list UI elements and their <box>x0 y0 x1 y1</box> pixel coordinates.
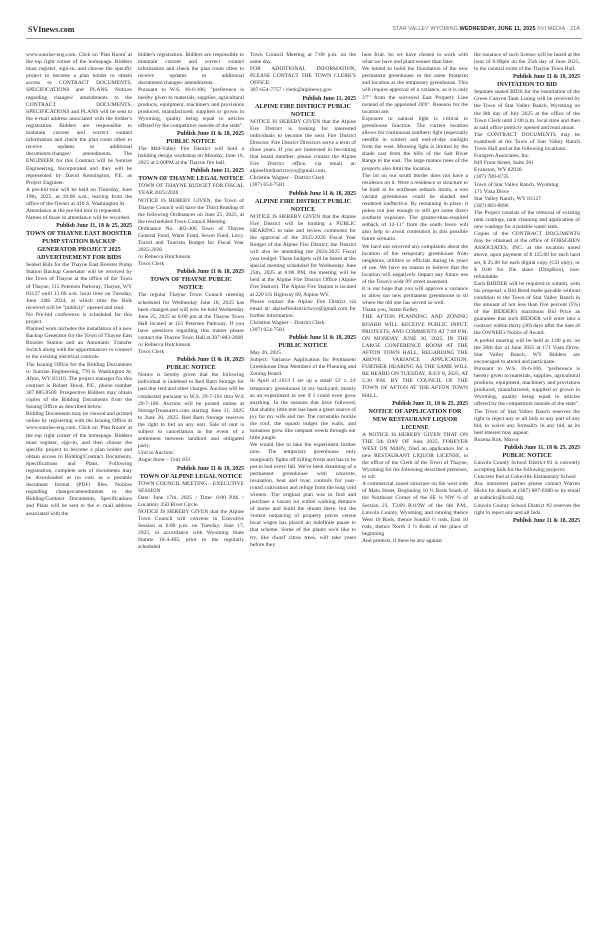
notice-text: Christine Wagner – District Clerk <box>250 320 356 327</box>
notice-text: Separate sealed BIDS for the installatio… <box>474 89 580 132</box>
notice-text: bear fruit. So we have chosen to work wi… <box>362 52 468 66</box>
notice-text: And protests, if there be any against <box>362 538 468 545</box>
notice-text: Town Clerk <box>138 349 244 356</box>
paper-name: STAR VALLEY WYOMING <box>392 26 458 32</box>
notice-heading: NOTICE OF APPLICATION FOR NEW RESTAURANT… <box>362 408 468 432</box>
notice-text: Names of those in attendance will be rec… <box>26 215 132 222</box>
site-name: SVInews.com <box>28 25 74 34</box>
notice-heading: ALPINE FIRE DISTRICT PUBLIC NOTICE <box>250 103 356 119</box>
notice-text: Bidding Documents may be viewed and prin… <box>26 411 132 517</box>
notice-text: Concrete Pad at Cokeville Elementary Sch… <box>474 474 580 481</box>
publish-line: Publish June 11 & 18, 2025 <box>250 334 356 342</box>
column-1: www.sunrise-eng.com. Click on 'Plan Room… <box>26 52 132 551</box>
notice-text: Town Council Meeting at 7:00 p.m. on the… <box>250 52 356 66</box>
notice-text: The lot on our south border does not hav… <box>362 173 468 244</box>
notice-text: Ruzena Rok, Mayor <box>474 437 580 444</box>
notice-text: (307) 654-7581 <box>250 327 356 334</box>
notice-text: Any interested parties please contact Wa… <box>474 481 580 502</box>
notice-text: NOTICE IS HEREBY GIVEN that the Alpine T… <box>138 509 244 552</box>
notice-text: The Town of Star Valley Ranch reserves t… <box>474 409 580 437</box>
notice-text: Date: June 17th, 2025 / Time: 6:00 P.M. … <box>138 495 244 509</box>
notice-heading: PUBLIC NOTICE <box>138 138 244 146</box>
notice-heading: ALPINE FIRE DISTRICT PUBLIC NOTICE <box>250 198 356 214</box>
notice-text: We intend to build the foundation of the… <box>362 66 468 116</box>
notice-text: Subject: Variance Application for Perman… <box>250 357 356 378</box>
publish-line: Publish June 11 & 18, 2025 <box>250 190 356 198</box>
notice-text: (307) 654-7581 <box>250 182 356 189</box>
column-2: bidder's registration. Bidders are respo… <box>138 52 244 551</box>
notice-text: A pre-bid tour will be held on Thursday,… <box>26 187 132 208</box>
notice-text: The Project consists of the removal of e… <box>474 210 580 231</box>
publish-line: Publish June 11 & 18, 2025 <box>138 356 244 364</box>
notice-text: FOR ADDITIONAL INFORMATION, PLEASE CONTA… <box>250 66 356 87</box>
publish-line: Publish June 11 & 18, 2025 <box>474 73 580 81</box>
notice-text: A commercial zoned structure on the west… <box>362 481 468 538</box>
publish-line: Publish June 11 & 18, 2025 <box>474 517 580 525</box>
column-4: bear fruit. So we have chosen to work wi… <box>362 52 468 551</box>
notice-text: www.sunrise-eng.com. Click on 'Plan Room… <box>26 52 132 187</box>
notice-text: the issuance of such license will be hea… <box>474 52 580 73</box>
notice-text: /s/ Rebecca Hutchinson <box>138 254 244 261</box>
notice-text: A prebid meeting will be held at 1:00 p.… <box>474 338 580 366</box>
notice-text: 849 Front Street, Suite 201 <box>474 160 580 167</box>
notice-text: Unit to Auction: <box>138 450 244 457</box>
notice-text: Lincoln County School District #2 reserv… <box>474 503 580 517</box>
notice-text: TOWN OF THAYNE BUDGET FOR FISCAL YEAR 20… <box>138 183 244 197</box>
notice-heading: TOWN OF THAYNE PUBLIC NOTICE <box>138 276 244 292</box>
publish-line: Publish June 11, 18 & 25, 2025 <box>26 222 132 230</box>
notice-text: bidder's registration. Bidders are respo… <box>138 52 244 87</box>
notice-text: THE AFTON PLANNING AND ZONING BOARD WILL… <box>362 314 468 399</box>
publish-line: Publish June 11, 18 & 25, 2025 <box>362 400 468 408</box>
notice-text: No Pre-bid conference is scheduled for t… <box>26 312 132 326</box>
notice-heading: TOWN OF ALPINE LEGAL NOTICE <box>138 473 244 481</box>
column-3: Town Council Meeting at 7:00 p.m. on the… <box>250 52 356 551</box>
notice-text: Lincoln County School District #2 is cur… <box>474 460 580 474</box>
publish-line: Publish June 11, 2025 <box>250 95 356 103</box>
notice-text: (307) 883-8696 <box>474 203 580 210</box>
publish-line: Publish June 11, 2025 <box>138 167 244 175</box>
notice-text: A NOTICE IS HEREBY GIVEN THAT ON THE 5th… <box>362 432 468 482</box>
notice-text: We have not received any complaints abou… <box>362 244 468 287</box>
notice-heading: TOWN OF THAYNE LEGAL NOTICE <box>138 175 244 183</box>
notice-text: Exposure to natural light is critical to… <box>362 116 468 173</box>
notice-text: 307-654-7757 / clerk@alpinewy.gov <box>250 87 356 94</box>
notice-text: Town of Star Valley Ranch, Wyoming <box>474 182 580 189</box>
notice-heading: PUBLIC NOTICE <box>250 342 356 350</box>
notice-text: Star Valley Ranch, WY 83127 <box>474 196 580 203</box>
notice-text: Notice is hereby given that the followin… <box>138 372 244 450</box>
notice-text: /s/ Rebecca Hutchinson <box>138 342 244 349</box>
notice-text: Planned work includes the installation o… <box>26 326 132 361</box>
page-masthead: SVInews.com STAR VALLEY WYOMING WEDNESDA… <box>26 26 582 39</box>
notice-text: Ordinance No. 402-406 Town of Thayne Gen… <box>138 226 244 254</box>
notice-text: Thank you, Justin Kelley <box>362 307 468 314</box>
publish-line: Publish June 11, 18 & 25, 2025 <box>474 444 580 452</box>
notice-text: Town Clerk <box>138 261 244 268</box>
column-5: the issuance of such license will be hea… <box>474 52 580 551</box>
notice-text: Forsgren Associates, Inc. <box>474 153 580 160</box>
notice-heading: PUBLIC NOTICE <box>474 452 580 460</box>
publish-line: Publish June 11 & 18, 2025 <box>138 465 244 473</box>
notice-text: The Issuing Office for the Bidding Docum… <box>26 362 132 412</box>
notice-text: The Mid-Valley Fire District will hold a… <box>138 146 244 167</box>
publish-line: Publish June 11 & 18, 2025 <box>138 268 244 276</box>
notice-text: It is our hope that you will approve a v… <box>362 286 468 307</box>
notice-text: NOTICE IS HEREBY GIVEN, the Town of Thay… <box>138 198 244 226</box>
notice-heading: TOWN OF THAYNE EAST BOOSTER PUMP STATION… <box>26 230 132 254</box>
notice-text: (307) 789-6735 <box>474 174 580 181</box>
page-section: SVI MEDIA - 21A <box>537 26 580 32</box>
notice-text: We would like to take the experiment fur… <box>250 442 356 548</box>
notice-text: Angie Stout – Unit 103 <box>138 457 244 464</box>
notice-text: TOWN COUNCIL MEETING – EXECUTIVE SESSION <box>138 481 244 495</box>
notice-text: Pursuant to W.S. 16-6-106, "preference i… <box>138 87 244 130</box>
issue-date: WEDNESDAY, JUNE 11, 2025 <box>460 26 536 32</box>
notice-text: In April of 2013 I set up a small 12' x … <box>250 378 356 442</box>
notice-text: The regular Thayne Town Council meeting … <box>138 292 244 342</box>
notice-text: Please contact the Alpine Fire District … <box>250 299 356 320</box>
notice-text: Sealed Bids for the Thayne East Booster … <box>26 262 132 312</box>
notice-text: Copies of the CONTRACT DOCUMENTS may be … <box>474 231 580 281</box>
notice-text: NOTICE IS HEREBY GIVEN that the Alpine F… <box>250 119 356 176</box>
publish-line: Publish June 11 & 18, 2025 <box>138 130 244 138</box>
notice-text: 171 Vista Drive <box>474 189 580 196</box>
dateline: STAR VALLEY WYOMING WEDNESDAY, JUNE 11, … <box>392 26 580 32</box>
notice-text: NOTICE IS HEREBY GIVEN that the Alpine F… <box>250 214 356 299</box>
notice-text: The CONTRACT DOCUMENTS may be examined a… <box>474 132 580 153</box>
notice-text: Each BIDDER will be required to submit, … <box>474 281 580 338</box>
notice-text: Pursuant to W.S. 16-6-106, "preference i… <box>474 366 580 409</box>
legal-notices-columns: www.sunrise-eng.com. Click on 'Plan Room… <box>26 52 582 551</box>
